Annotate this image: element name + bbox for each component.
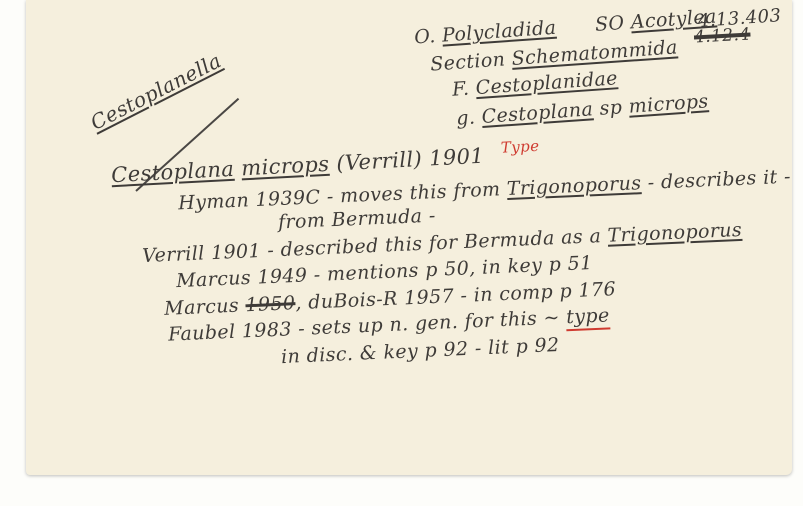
- section-label: Section: [430, 48, 506, 75]
- index-card: 4.13.403 4.12.4 O. Polycladida SO Acotyl…: [26, 0, 792, 475]
- heading-species: microps: [241, 152, 330, 181]
- heading-authority: (Verrill) 1901: [336, 144, 485, 176]
- entry-underlined: Trigonoporus: [607, 219, 742, 247]
- species-name: microps: [628, 90, 709, 118]
- entry-underlined: Trigonoporus: [506, 172, 641, 200]
- family-name: Cestoplanidae: [475, 67, 619, 99]
- entry-text: in disc. & key p 92 - lit p 92: [281, 334, 560, 368]
- suborder-label: SO: [594, 12, 625, 36]
- family-label: F.: [451, 78, 470, 101]
- heading-genus: Cestoplana: [111, 157, 235, 187]
- scan-background: 4.13.403 4.12.4 O. Polycladida SO Acotyl…: [0, 0, 803, 506]
- entry-red-underlined: type: [566, 304, 610, 331]
- order-label: O.: [414, 25, 437, 48]
- entry-struck-text: 1950: [245, 292, 296, 316]
- genus-label: g.: [456, 107, 477, 130]
- entry-faubel-pages: in disc. & key p 92 - lit p 92: [281, 334, 560, 368]
- species-prefix: sp: [599, 96, 623, 120]
- entry-text: Marcus: [164, 294, 246, 320]
- order-name: Polycladida: [441, 17, 557, 47]
- type-annotation: Type: [500, 137, 539, 157]
- entry-text: - describes it -: [641, 166, 791, 195]
- genus-name: Cestoplana: [481, 98, 594, 128]
- spacer: [563, 31, 589, 33]
- section-name: Schematommida: [511, 36, 678, 70]
- margin-note-cestoplanella: Cestoplanella: [87, 48, 226, 134]
